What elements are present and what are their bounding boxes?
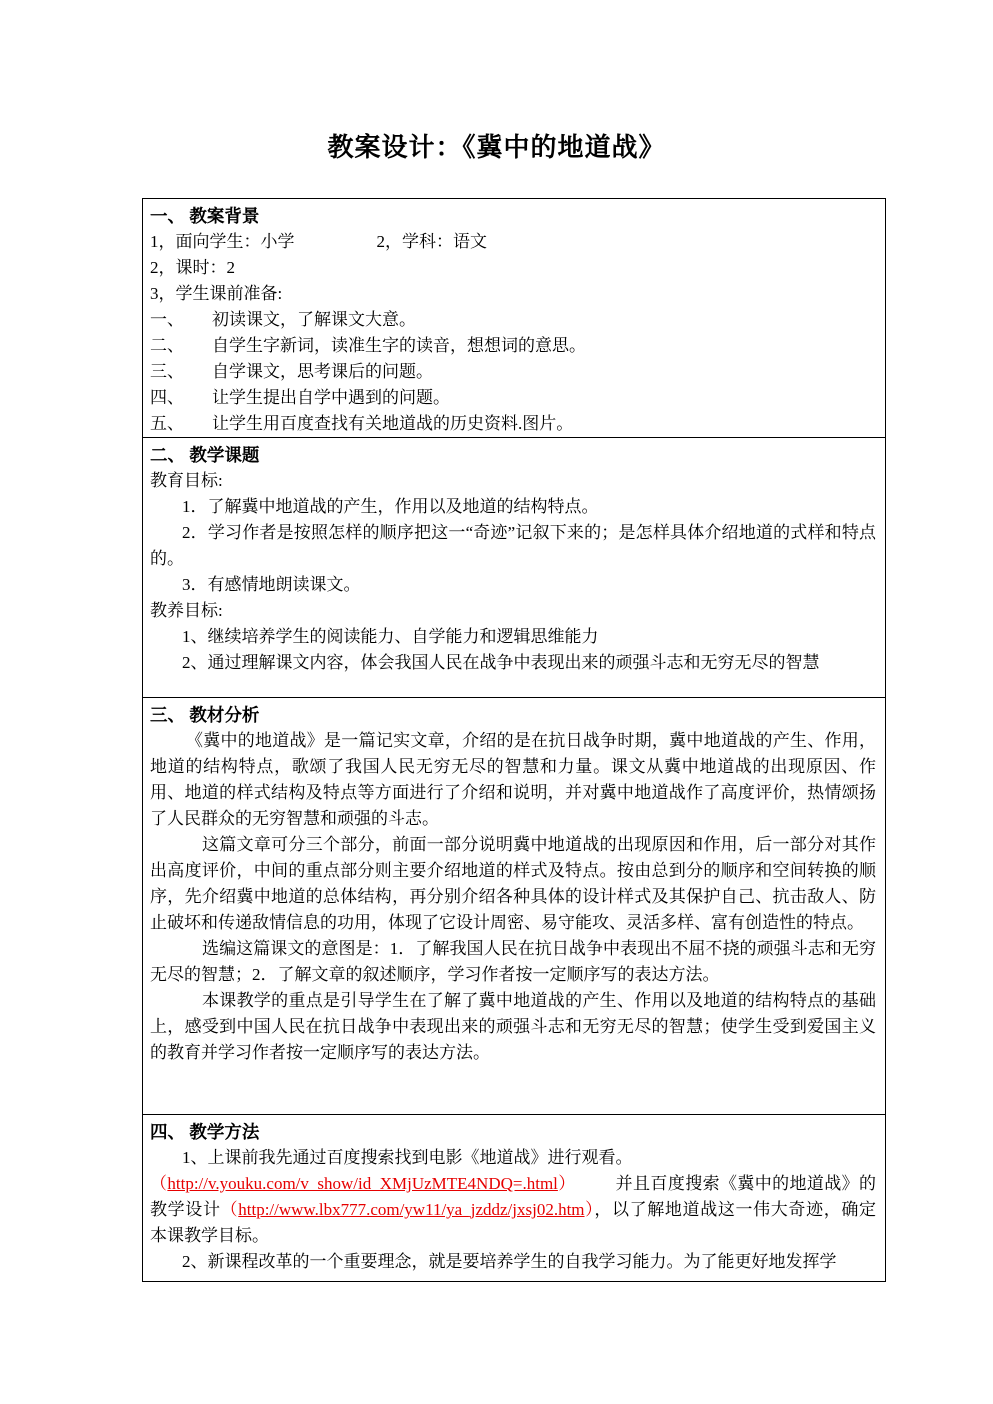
close-paren: ） [585,1200,595,1219]
nurture-goals-label: 教养目标: [150,598,876,624]
prep-item-marker: 五、 [150,411,212,437]
lbx777-lesson-design-link[interactable]: http://www.lbx777.com/yw11/ya_jzddz/jxsj… [238,1200,584,1219]
open-paren: （ [150,1174,167,1193]
prep-item: 四、让学生提出自学中遇到的问题。 [150,385,876,411]
prep-item-marker: 二、 [150,333,212,359]
analysis-paragraph: 《冀中的地道战》是一篇记实文章，介绍的是在抗日战争时期，冀中地道战的产生、作用，… [150,728,876,832]
prep-item-marker: 四、 [150,385,212,411]
method-item-2: 2、新课程改革的一个重要理念，就是要培养学生的自我学习能力。为了能更好地发挥学 [150,1249,876,1275]
close-paren: ） [558,1174,576,1193]
open-paren: （ [221,1200,239,1219]
prep-item-text: 让学生用百度查找有关地道战的历史资料.图片。 [212,414,573,433]
analysis-paragraph: 这篇文章可分三个部分，前面一部分说明冀中地道战的出现原因和作用，后一部分对其作出… [150,832,876,936]
section-method-heading: 四、 教学方法 [150,1119,876,1145]
prep-item-marker: 三、 [150,359,212,385]
section-analysis: 三、 教材分析 《冀中的地道战》是一篇记实文章，介绍的是在抗日战争时期，冀中地道… [143,698,885,1115]
line-student-subject: 1，面向学生：小学2，学科：语文 [150,229,876,255]
lesson-plan-table: 一、 教案背景 1，面向学生：小学2，学科：语文 2，课时：2 3，学生课前准备… [142,198,886,1282]
line-prep-label: 3，学生课前准备: [150,281,876,307]
section-background: 一、 教案背景 1，面向学生：小学2，学科：语文 2，课时：2 3，学生课前准备… [143,199,885,438]
prep-item-text: 自学生字新词，读准生字的读音，想想词的意思。 [212,336,586,355]
prep-item-text: 让学生提出自学中遇到的问题。 [212,388,450,407]
prep-item-text: 自学课文，思考课后的问题。 [212,362,433,381]
youku-movie-link[interactable]: http://v.youku.com/v_show/id_XMjUzMTE4ND… [167,1174,558,1193]
analysis-paragraph: 本课教学的重点是引导学生在了解了冀中地道战的产生、作用以及地道的结构特点的基础上… [150,988,876,1066]
prep-item: 二、自学生字新词，读准生字的读音，想想词的意思。 [150,333,876,359]
nurture-goal-item: 1、继续培养学生的阅读能力、自学能力和逻辑思维能力 [150,624,876,650]
section-method: 四、 教学方法 1、上课前我先通过百度搜索找到电影《地道战》进行观看。 （htt… [143,1115,885,1281]
prep-item: 五、让学生用百度查找有关地道战的历史资料.图片。 [150,411,876,437]
method-links-line: （http://v.youku.com/v_show/id_XMjUzMTE4N… [150,1171,876,1249]
prep-item-marker: 一、 [150,307,212,333]
education-goal-item: 3．有感情地朗读课文。 [150,572,876,598]
section-topic: 二、 教学课题 教育目标: 1．了解冀中地道战的产生，作用以及地道的结构特点。 … [143,438,885,698]
nurture-goal-item: 2、通过理解课文内容，体会我国人民在战争中表现出来的顽强斗志和无穷无尽的智慧 [150,650,876,676]
education-goal-item: 1．了解冀中地道战的产生，作用以及地道的结构特点。 [150,494,876,520]
section-topic-heading: 二、 教学课题 [150,442,876,468]
prep-item: 一、初读课文，了解课文大意。 [150,307,876,333]
section-analysis-heading: 三、 教材分析 [150,702,876,728]
line-class-hours: 2，课时：2 [150,255,876,281]
subject-text: 2，学科：语文 [377,232,488,251]
prep-item: 三、自学课文，思考课后的问题。 [150,359,876,385]
prep-item-text: 初读课文，了解课文大意。 [212,310,416,329]
student-level-text: 1，面向学生：小学 [150,232,295,251]
education-goals-label: 教育目标: [150,468,876,494]
education-goal-item: 2．学习作者是按照怎样的顺序把这一“奇迹”记叙下来的；是怎样具体介绍地道的式样和… [150,520,876,572]
section-background-heading: 一、 教案背景 [150,203,876,229]
analysis-paragraph: 选编这篇课文的意图是：1．了解我国人民在抗日战争中表现出不屈不挠的顽强斗志和无穷… [150,936,876,988]
document-title: 教案设计：《冀中的地道战》 [0,127,993,164]
method-item-1: 1、上课前我先通过百度搜索找到电影《地道战》进行观看。 [150,1145,876,1171]
